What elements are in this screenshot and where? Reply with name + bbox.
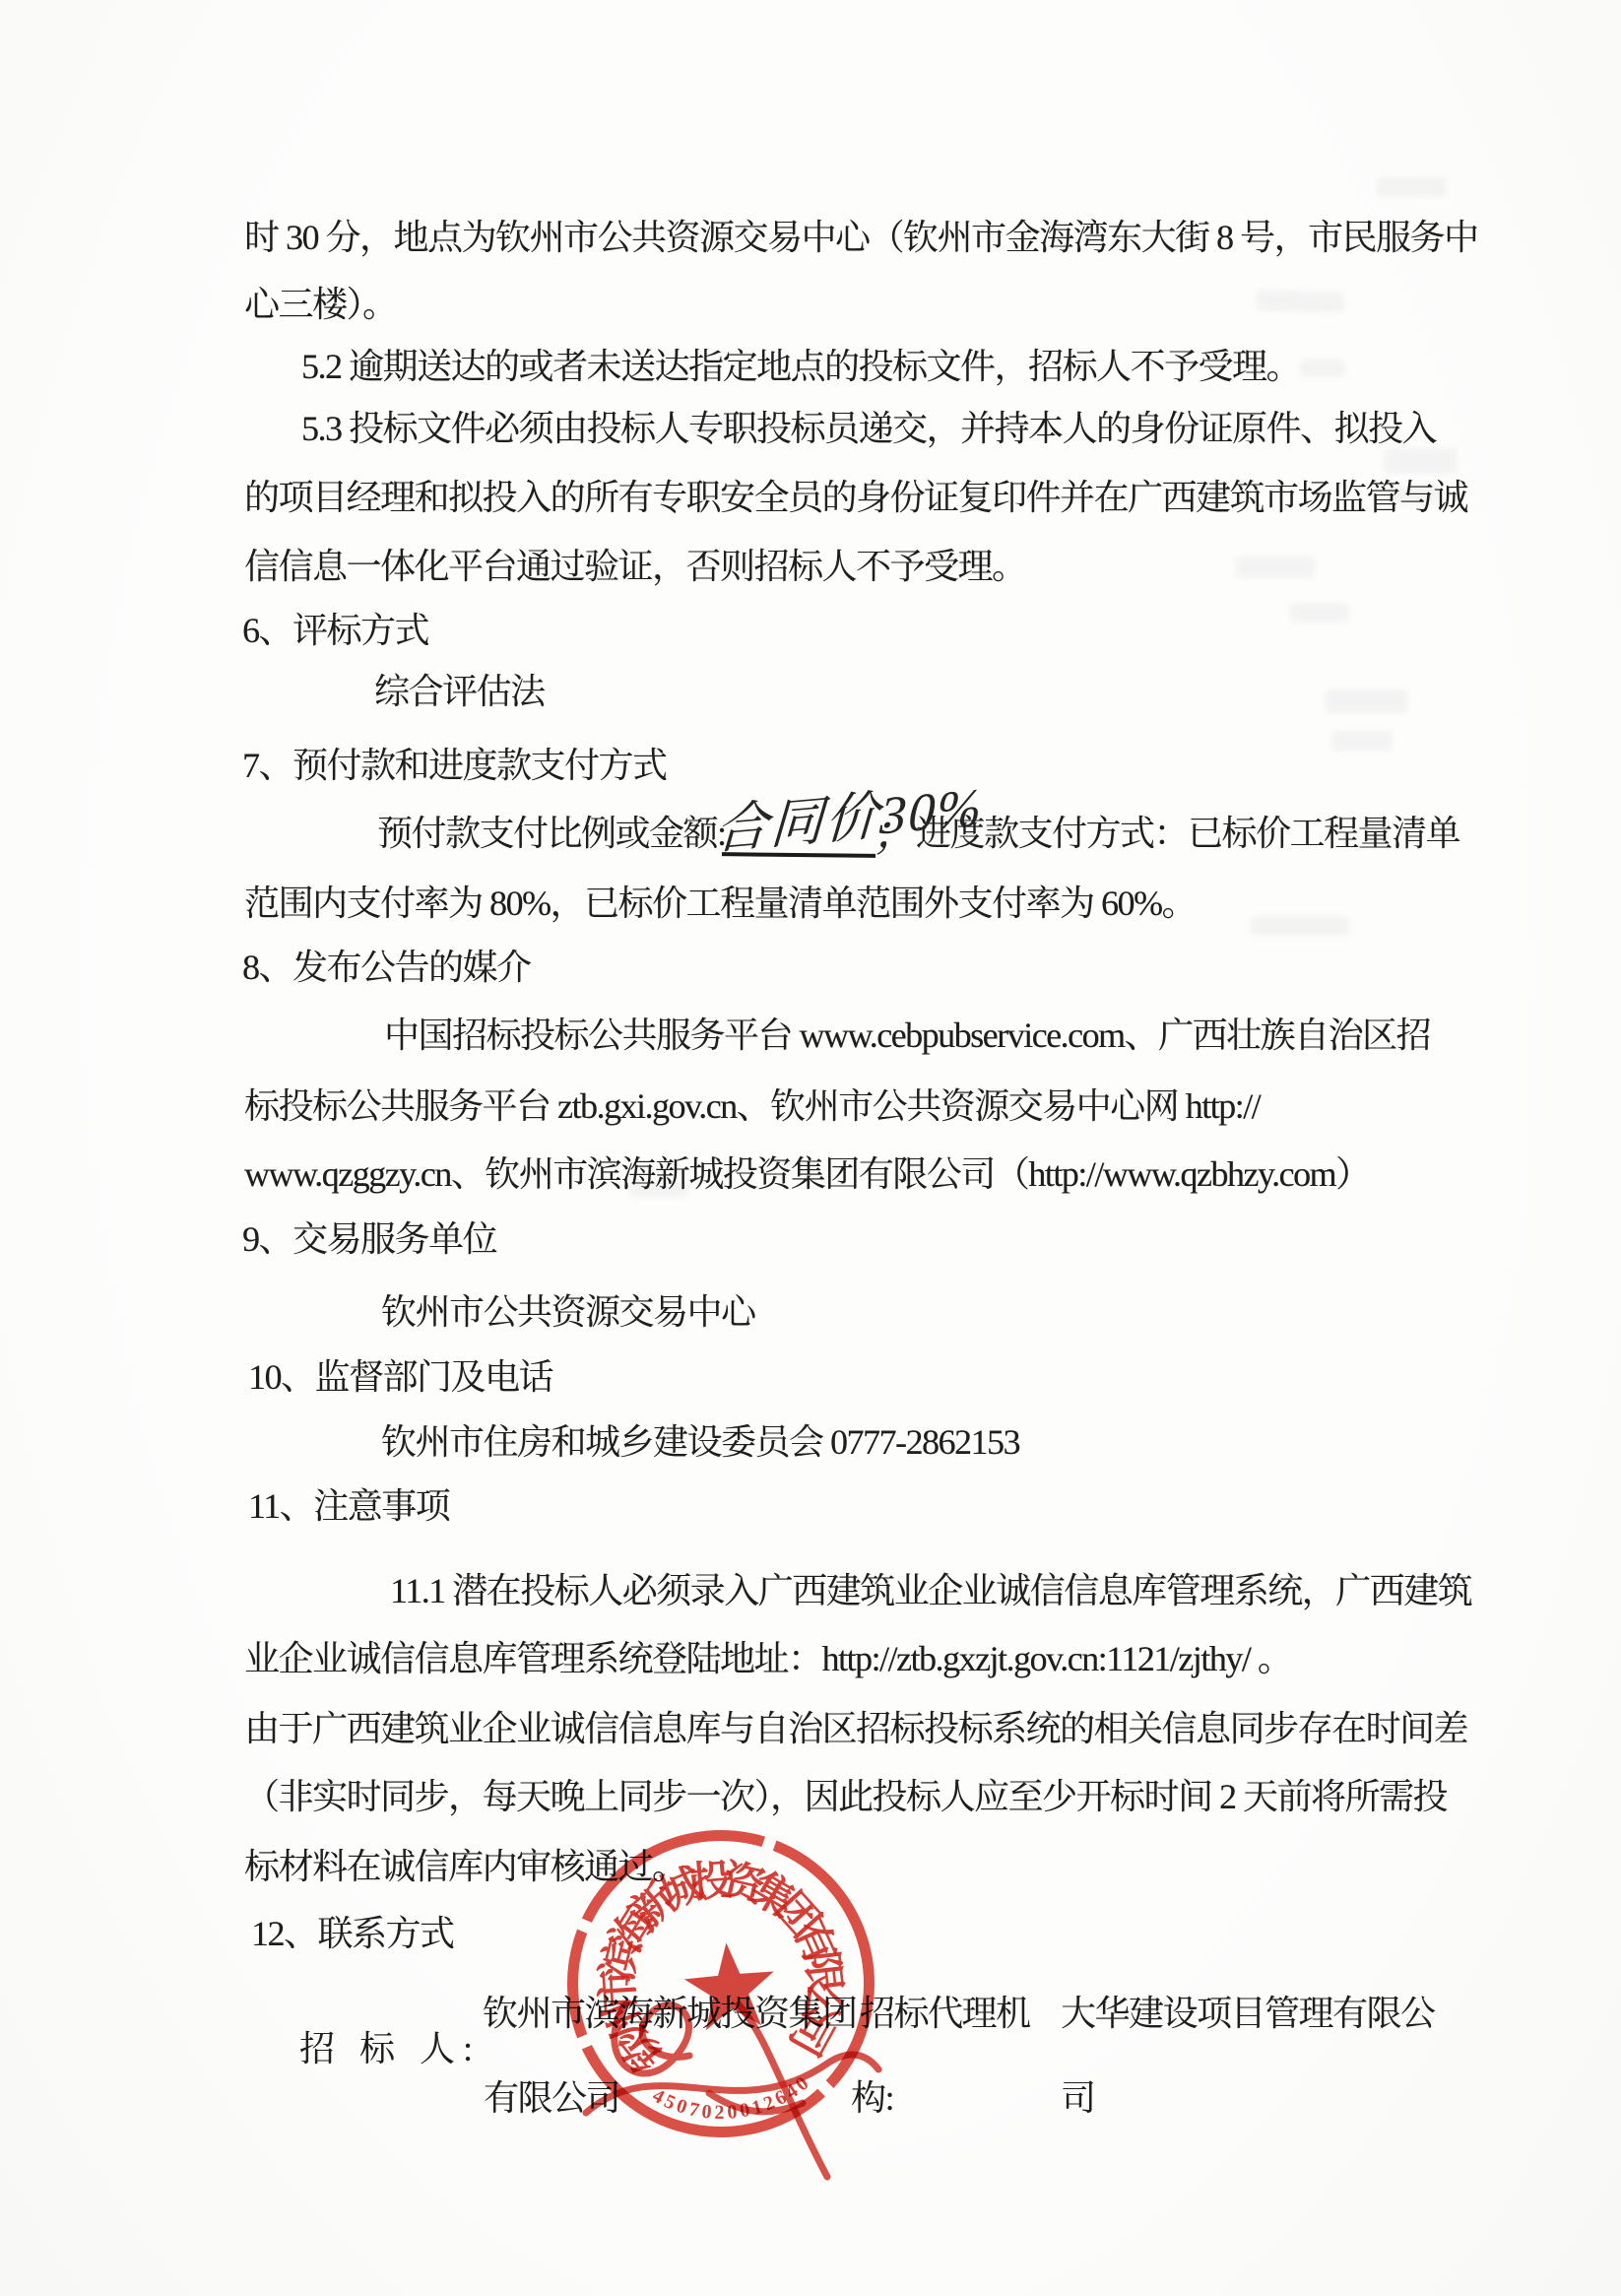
media-line2: 标投标公共服务平台 ztb.gxi.gov.cn、钦州市公共资源交易中心网 ht… xyxy=(244,1084,1260,1128)
bleed-through-mark xyxy=(1325,689,1408,713)
clause-5-3-cont2: 信信息一体化平台通过验证，否则招标人不予受理。 xyxy=(244,545,1026,588)
handwritten-semicolon: ； xyxy=(869,793,920,863)
media-line3: www.qzggzy.cn、钦州市滨海新城投资集团有限公司（http://www… xyxy=(244,1152,1370,1196)
heading-12-contact: 12、联系方式 xyxy=(251,1912,454,1955)
bidder-label: 招 标 人: xyxy=(299,2027,481,2070)
text-line-location-cont: 时 30 分，地点为钦州市公共资源交易中心（钦州市金海湾东大街 8 号，市民服务… xyxy=(244,216,1478,259)
bleed-through-mark xyxy=(1290,603,1349,623)
heading-8-media: 8、发布公告的媒介 xyxy=(242,946,531,989)
media-line1: 中国招标投标公共服务平台 www.cebpubservice.com、广西壮族自… xyxy=(384,1014,1430,1057)
clause-5-2: 5.2 逾期送达的或者未送达指定地点的投标文件，招标人不予受理。 xyxy=(301,345,1300,388)
payment-cont: 范围内支付率为 80%，已标价工程量清单范围外支付率为 60%。 xyxy=(244,882,1196,925)
seal-ring-gap xyxy=(573,1917,605,1939)
heading-9-service: 9、交易服务单位 xyxy=(242,1217,496,1261)
bleed-through-mark xyxy=(1331,731,1393,751)
heading-10-supervision: 10、监督部门及电话 xyxy=(248,1355,552,1399)
heading-7-payment: 7、预付款和进度款支付方式 xyxy=(242,744,667,787)
note-11-1-cont2: 由于广西建筑业企业诚信信息库与自治区招标投标系统的相关信息同步存在时间差 xyxy=(244,1707,1467,1750)
note-11-1: 11.1 潜在投标人必须录入广西建筑业企业诚信信息库管理系统，广西建筑 xyxy=(390,1569,1471,1612)
bleed-through-mark xyxy=(1384,448,1458,474)
payment-progress: 进度款支付方式：已标价工程量清单 xyxy=(916,812,1459,855)
bleed-through-mark xyxy=(1300,360,1345,377)
service-unit: 钦州市公共资源交易中心 xyxy=(381,1290,755,1334)
supervision-dept-phone: 钦州市住房和城乡建设委员会 0777-2862153 xyxy=(381,1420,1019,1464)
payment-prefix: 预付款支付比例或金额: xyxy=(377,812,726,855)
document-page: 时 30 分，地点为钦州市公共资源交易中心（钦州市金海湾东大街 8 号，市民服务… xyxy=(0,0,1621,2296)
text-line-location-end: 心三楼）。 xyxy=(244,283,397,326)
bleed-through-mark xyxy=(1256,289,1345,313)
bleed-through-mark xyxy=(1236,557,1315,578)
handwritten-signature xyxy=(532,1945,916,2211)
bleed-through-mark xyxy=(1251,916,1349,936)
heading-11-notes: 11、注意事项 xyxy=(248,1484,449,1528)
evaluation-method: 综合评估法 xyxy=(374,670,545,713)
agency-name-2: 司 xyxy=(1061,2076,1095,2120)
clause-5-3: 5.3 投标文件必须由投标人专职投标员递交，并持本人的身份证原件、拟投入 xyxy=(301,407,1436,450)
heading-6-evaluation: 6、评标方式 xyxy=(242,609,428,652)
note-11-1-cont3: （非实时同步，每天晚上同步一次），因此投标人应至少开标时间 2 天前将所需投 xyxy=(244,1775,1447,1818)
seal-ring-gap xyxy=(757,1833,778,1865)
note-11-1-cont1: 业企业诚信信息库管理系统登陆地址：http://ztb.gxzjt.gov.cn… xyxy=(244,1637,1291,1680)
clause-5-3-cont1: 的项目经理和拟投入的所有专职安全员的身份证复印件并在广西建筑市场监管与诚 xyxy=(244,476,1467,519)
agency-name-1: 大华建设项目管理有限公 xyxy=(1061,1992,1435,2035)
bleed-through-mark xyxy=(1377,177,1446,197)
